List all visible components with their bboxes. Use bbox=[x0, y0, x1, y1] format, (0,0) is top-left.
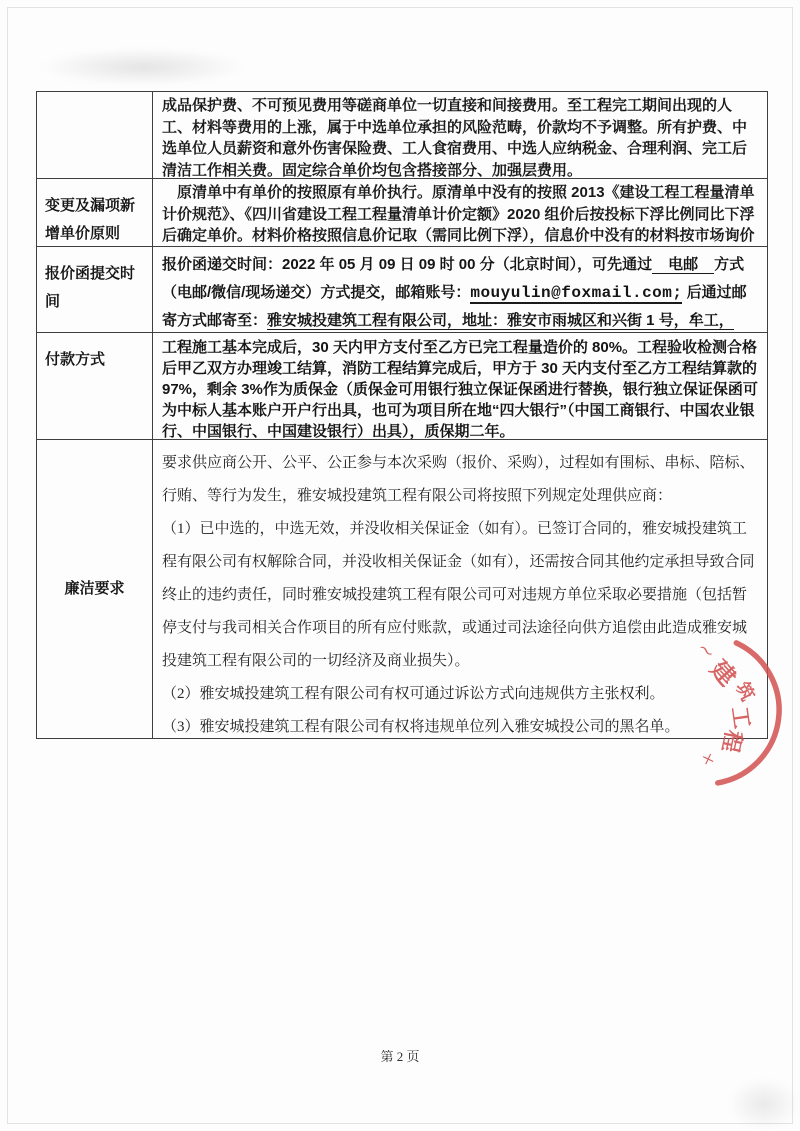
row-label-empty bbox=[37, 92, 153, 178]
fees-paragraph: 成品保护费、不可预见费用等磋商单位一切直接和间接费用。至工程完工期间出现的人工、… bbox=[162, 95, 760, 178]
email-address-text: mouyulin@foxmail.com; bbox=[470, 284, 682, 304]
row-label-payment-method: 付款方式 bbox=[37, 333, 153, 439]
scan-smudge bbox=[728, 1078, 800, 1130]
table-row-price-principle: 变更及漏项新增单价原则 原清单中有单价的按照原有单价执行。原清单中没有的按照 2… bbox=[37, 178, 767, 246]
row-label-price-principle: 变更及漏项新增单价原则 bbox=[37, 179, 153, 246]
row-content-payment-method: 工程施工基本完成后，30 天内甲方支付至乙方已完工程量造价的 80%。工程验收检… bbox=[153, 333, 767, 439]
table-row-fees-continuation: 成品保护费、不可预见费用等磋商单位一切直接和间接费用。至工程完工期间出现的人工、… bbox=[37, 92, 767, 178]
scan-smudge bbox=[38, 48, 248, 86]
table-row-quotation-time: 报价函提交时间 报价函递交时间：2022 年 05 月 09 日 09 时 00… bbox=[37, 246, 767, 332]
row-label-text: 报价函提交时间 bbox=[45, 265, 135, 310]
terms-table: 成品保护费、不可预见费用等磋商单位一切直接和间接费用。至工程完工期间出现的人工、… bbox=[36, 91, 768, 739]
integrity-clause-3: （3）雅安城投建筑工程有限公司有权将违规单位列入雅安城投公司的黑名单。 bbox=[162, 711, 760, 738]
scanned-document-page: 成品保护费、不可预见费用等磋商单位一切直接和间接费用。至工程完工期间出现的人工、… bbox=[0, 0, 800, 1131]
table-row-integrity-requirements: 廉洁要求 要求供应商公开、公平、公正参与本次采购（报价、采购），过程如有围标、串… bbox=[37, 439, 767, 738]
price-principle-paragraph: 原清单中有单价的按照原有单价执行。原清单中没有的按照 2013《建设工程工程量清… bbox=[162, 182, 760, 246]
row-content-fees: 成品保护费、不可预见费用等磋商单位一切直接和间接费用。至工程完工期间出现的人工、… bbox=[153, 92, 767, 178]
row-content-price-principle: 原清单中有单价的按照原有单价执行。原清单中没有的按照 2013《建设工程工程量清… bbox=[153, 179, 767, 246]
table-row-payment-method: 付款方式 工程施工基本完成后，30 天内甲方支付至乙方已完工程量造价的 80%。… bbox=[37, 332, 767, 439]
integrity-intro-paragraph: 要求供应商公开、公平、公正参与本次采购（报价、采购），过程如有围标、串标、陪标、… bbox=[162, 447, 760, 513]
row-label-quotation-time: 报价函提交时间 bbox=[37, 247, 153, 332]
seal-mark: ＋ bbox=[696, 748, 720, 769]
page-number: 第 2 页 bbox=[0, 1046, 800, 1065]
row-content-integrity: 要求供应商公开、公平、公正参与本次采购（报价、采购），过程如有围标、串标、陪标、… bbox=[153, 440, 767, 738]
row-label-text: 变更及漏项新增单价原则 bbox=[45, 197, 135, 242]
delivery-method-underlined: 电邮 bbox=[652, 256, 714, 274]
integrity-clause-1: （1）已中选的，中选无效，并没收相关保证金（如有）。已签订合同的，雅安城投建筑工… bbox=[162, 513, 760, 678]
integrity-clause-2: （2）雅安城投建筑工程有限公司有权可通过诉讼方式向违规供方主张权利。 bbox=[162, 678, 760, 711]
quotation-time-text: 报价函递交时间：2022 年 05 月 09 日 09 时 00 分（北京时间）… bbox=[162, 256, 652, 273]
row-content-quotation-time: 报价函递交时间：2022 年 05 月 09 日 09 时 00 分（北京时间）… bbox=[153, 247, 767, 332]
row-label-text: 廉洁要求 bbox=[64, 575, 124, 603]
row-label-integrity: 廉洁要求 bbox=[37, 440, 153, 738]
row-label-text: 付款方式 bbox=[45, 351, 105, 368]
payment-method-paragraph: 工程施工基本完成后，30 天内甲方支付至乙方已完工程量造价的 80%。工程验收检… bbox=[162, 336, 760, 439]
